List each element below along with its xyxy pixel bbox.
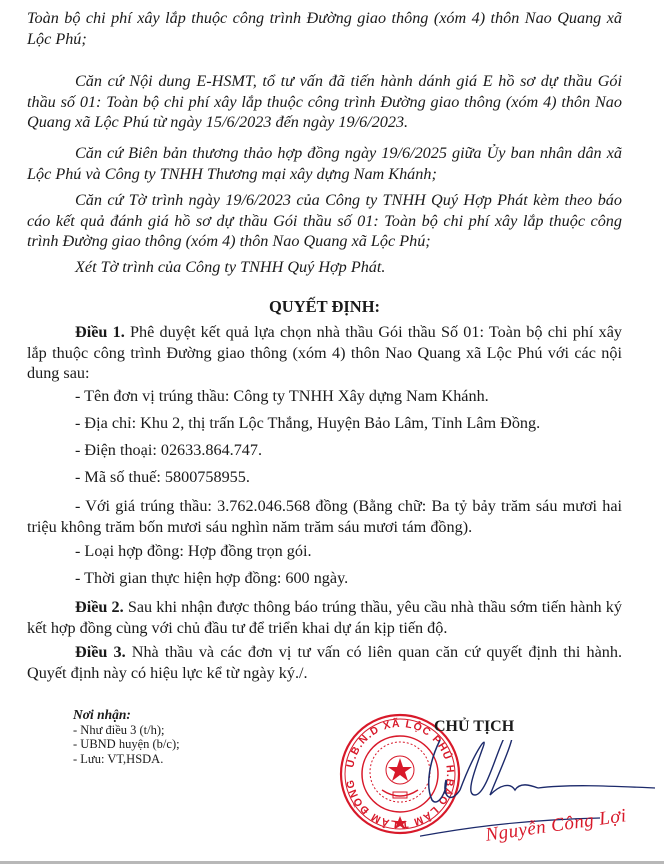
article-1-item-tax: - Mã số thuế: 5800758955. [27, 467, 622, 488]
article-1-item-phone: - Điện thoại: 02633.864.747. [27, 440, 622, 461]
article-1-item-price: - Với giá trúng thầu: 3.762.046.568 đồng… [27, 496, 622, 537]
intro-paragraph-2: Căn cứ Nội dung E-HSMT, tổ tư vấn đã tiế… [27, 71, 622, 133]
article-1-item-address: - Địa chỉ: Khu 2, thị trấn Lộc Thắng, Hu… [27, 413, 622, 434]
article-2-label: Điều 2. [75, 598, 124, 616]
article-1-item-duration: - Thời gian thực hiện hợp đồng: 600 ngày… [27, 568, 622, 589]
article-1: Điều 1. Phê duyệt kết quả lựa chọn nhà t… [27, 322, 622, 384]
article-2: Điều 2. Sau khi nhận được thông báo trún… [27, 597, 622, 638]
intro-paragraph-1: Toàn bộ chi phí xây lắp thuộc công trình… [27, 8, 622, 49]
recipients-block: Nơi nhận: - Như điều 3 (t/h); - UBND huy… [73, 708, 180, 766]
recipient-item: - Lưu: VT,HSDA. [73, 752, 180, 767]
recipients-heading: Nơi nhận: [73, 708, 180, 723]
article-3-label: Điều 3. [75, 643, 126, 661]
decision-title: QUYẾT ĐỊNH: [27, 297, 622, 317]
article-1-item-contract-type: - Loại hợp đồng: Hợp đồng trọn gói. [27, 541, 622, 562]
recipient-item: - UBND huyện (b/c); [73, 737, 180, 752]
intro-paragraph-4: Căn cứ Tờ trình ngày 19/6/2023 của Công … [27, 190, 622, 252]
signer-title: CHỦ TỊCH [434, 718, 514, 736]
intro-paragraph-3: Căn cứ Biên bản thương thảo hợp đồng ngà… [27, 143, 622, 184]
article-3: Điều 3. Nhà thầu và các đơn vị tư vấn có… [27, 642, 622, 683]
article-1-label: Điều 1. [75, 323, 125, 341]
recipient-item: - Như điều 3 (t/h); [73, 723, 180, 738]
intro-paragraph-5: Xét Tờ trình của Công ty TNHH Quý Hợp Ph… [27, 257, 622, 278]
article-1-item-name: - Tên đơn vị trúng thầu: Công ty TNHH Xâ… [27, 386, 622, 407]
